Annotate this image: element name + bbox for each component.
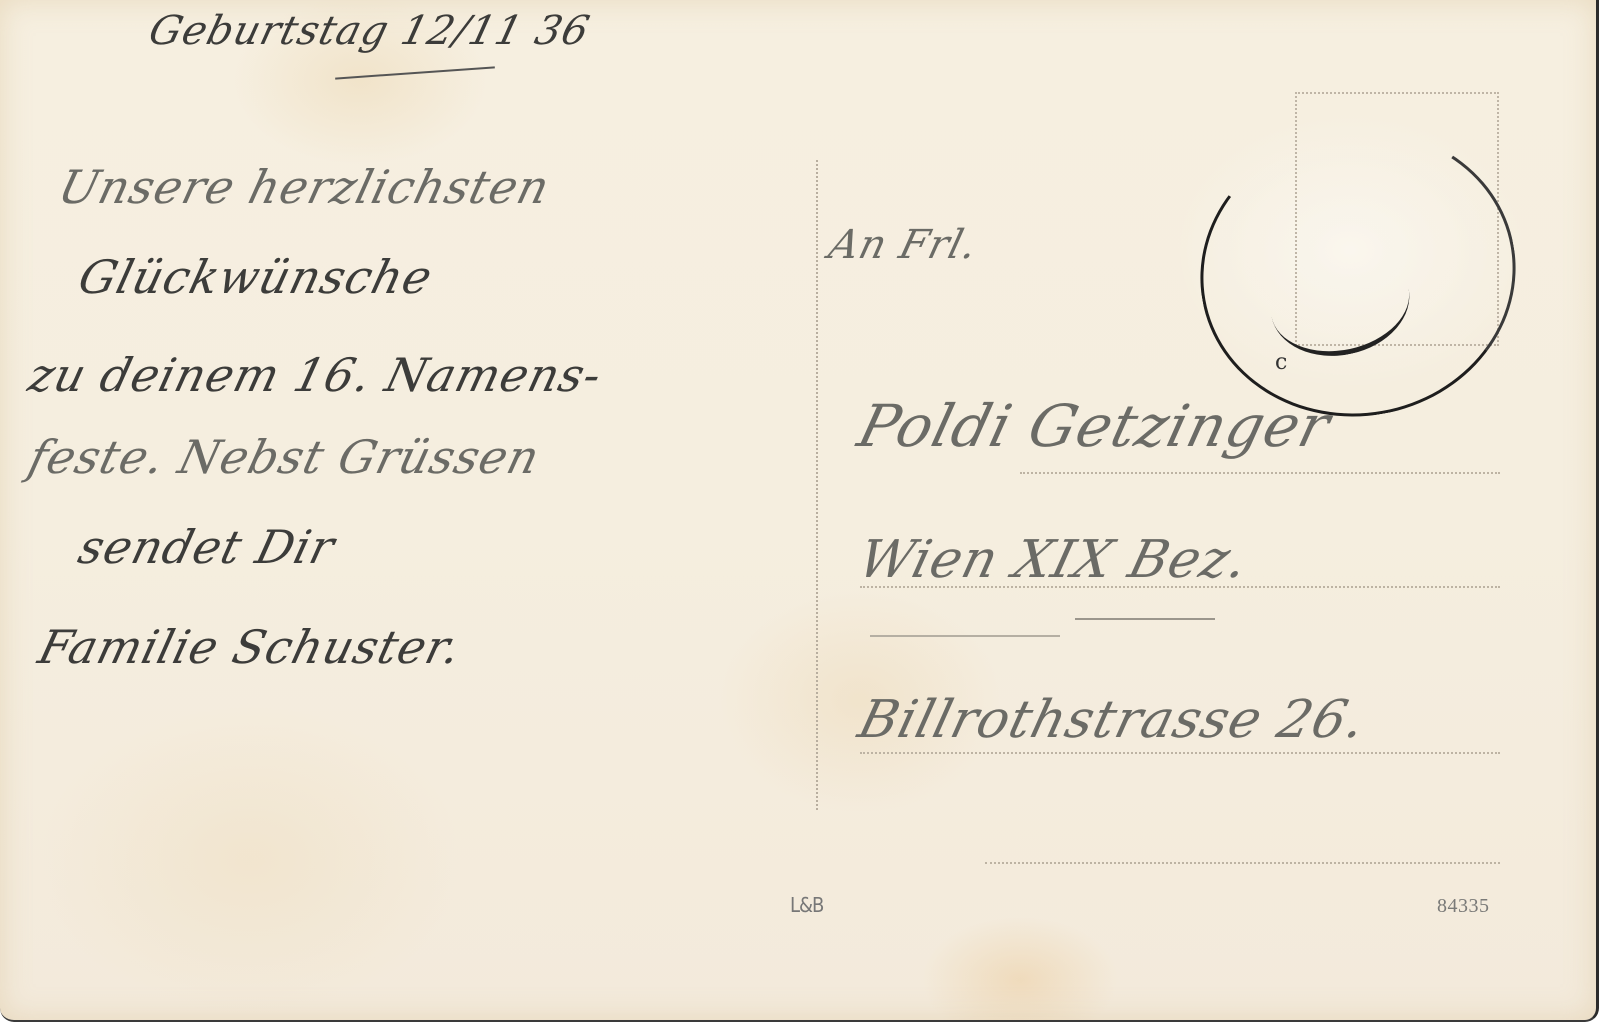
address-salutation: An Frl. (824, 222, 982, 268)
postmark-letter: c (1275, 350, 1287, 375)
center-divider (816, 160, 818, 810)
district-underline (1075, 618, 1215, 620)
date-note: Geburtstag 12/11 36 (144, 8, 594, 54)
message-line-5: sendet Dir (73, 520, 340, 574)
address-rule-3 (860, 752, 1500, 754)
date-underline (335, 66, 495, 79)
message-line-4: feste. Nebst Grüssen (23, 430, 545, 484)
postcard: Geburtstag 12/11 36 Unsere herzlichsten … (0, 0, 1599, 1022)
address-rule-1 (1020, 472, 1500, 474)
address-rule-4 (985, 862, 1500, 864)
address-city-district: Wien XIX Bez. (853, 530, 1255, 590)
city-underline (870, 635, 1060, 637)
address-street: Billrothstrasse 26. (853, 690, 1372, 750)
message-line-3: zu deinem 16. Namens- (23, 348, 607, 402)
message-line-1: Unsere herzlichsten (53, 160, 555, 214)
message-line-6: Familie Schuster. (33, 620, 467, 674)
message-line-2: Glückwünsche (73, 250, 438, 304)
printer-logo: L&B (790, 893, 823, 917)
address-name: Poldi Getzinger (852, 392, 1338, 460)
serial-number: 84335 (1437, 895, 1490, 918)
